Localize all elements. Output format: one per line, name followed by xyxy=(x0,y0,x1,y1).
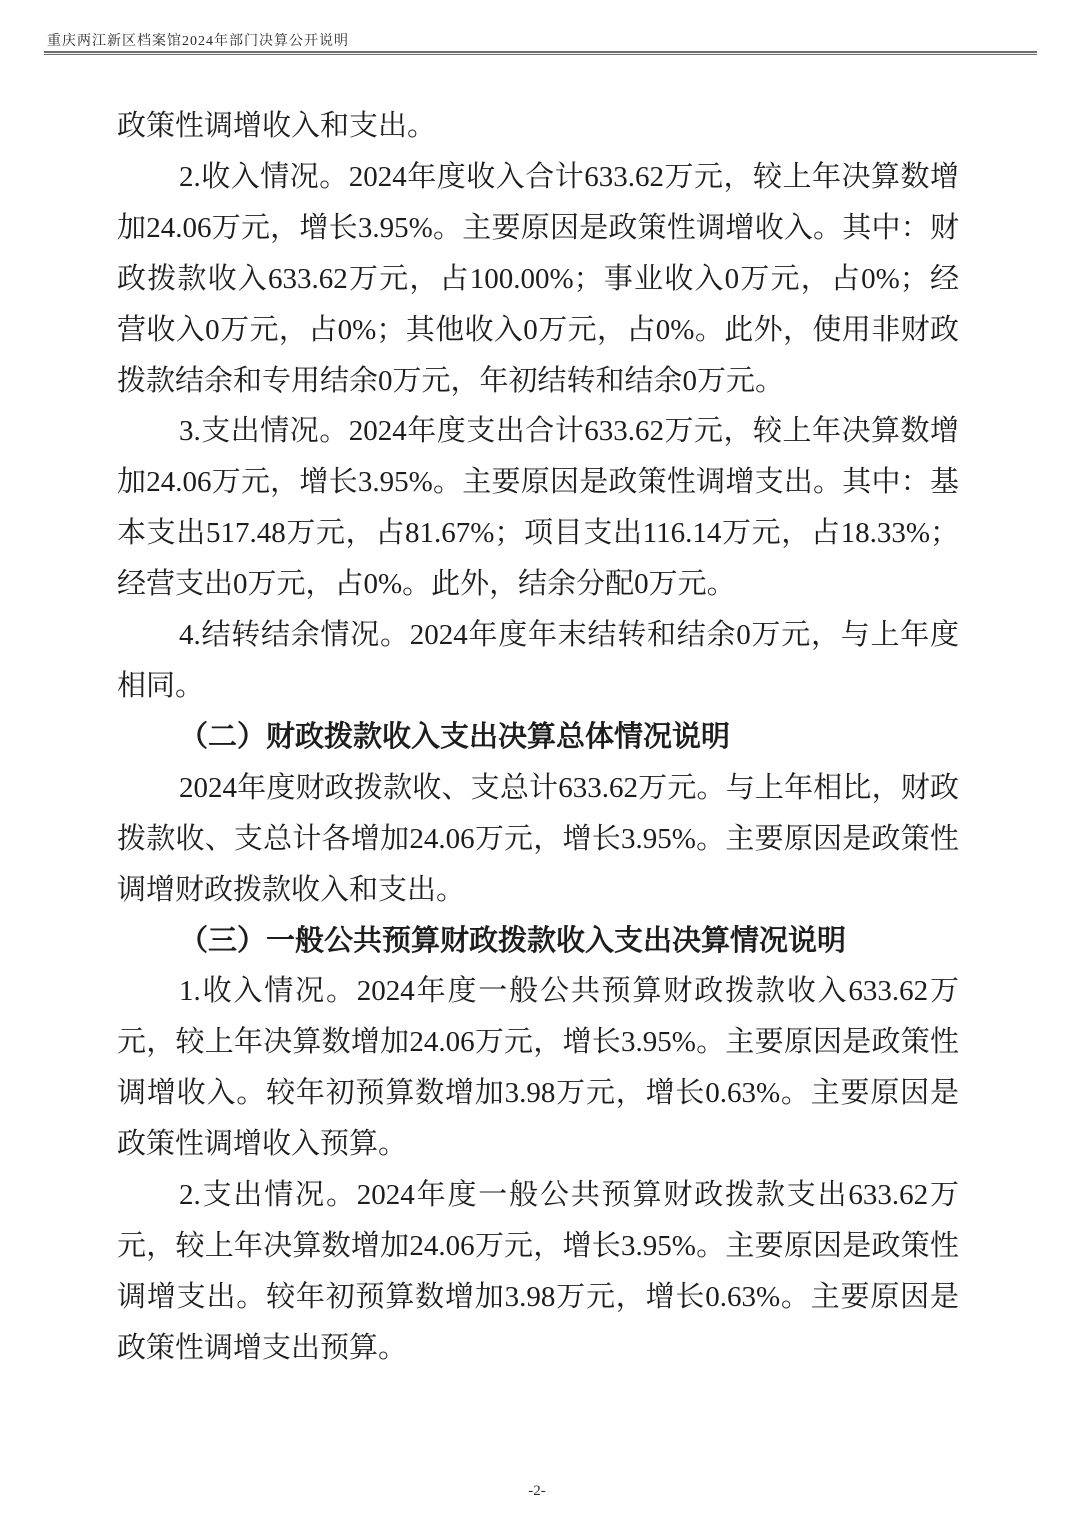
paragraph: 3.支出情况。2024年度支出合计633.62万元，较上年决算数增加24.06万… xyxy=(117,406,959,610)
section-heading: （三）一般公共预算财政拨款收入支出决算情况说明 xyxy=(117,916,959,967)
header-rule xyxy=(44,51,1037,55)
page-header: 重庆两江新区档案馆2024年部门决算公开说明 xyxy=(47,30,349,50)
header-title: 重庆两江新区档案馆2024年部门决算公开说明 xyxy=(47,34,349,49)
paragraph: 2.收入情况。2024年度收入合计633.62万元，较上年决算数增加24.06万… xyxy=(117,152,959,407)
paragraph: 1.收入情况。2024年度一般公共预算财政拨款收入633.62万元，较上年决算数… xyxy=(117,966,959,1170)
page-number: -2- xyxy=(528,1483,546,1499)
document-body: 政策性调增收入和支出。2.收入情况。2024年度收入合计633.62万元，较上年… xyxy=(117,101,959,1374)
paragraph: 政策性调增收入和支出。 xyxy=(117,101,959,152)
document-page: 重庆两江新区档案馆2024年部门决算公开说明 政策性调增收入和支出。2.收入情况… xyxy=(0,0,1074,1520)
page-footer: -2- xyxy=(0,1483,1074,1500)
paragraph: 2024年度财政拨款收、支总计633.62万元。与上年相比，财政拨款收、支总计各… xyxy=(117,763,959,916)
section-heading: （二）财政拨款收入支出决算总体情况说明 xyxy=(117,712,959,763)
paragraph: 2.支出情况。2024年度一般公共预算财政拨款支出633.62万元，较上年决算数… xyxy=(117,1170,959,1374)
paragraph: 4.结转结余情况。2024年度年末结转和结余0万元，与上年度相同。 xyxy=(117,610,959,712)
